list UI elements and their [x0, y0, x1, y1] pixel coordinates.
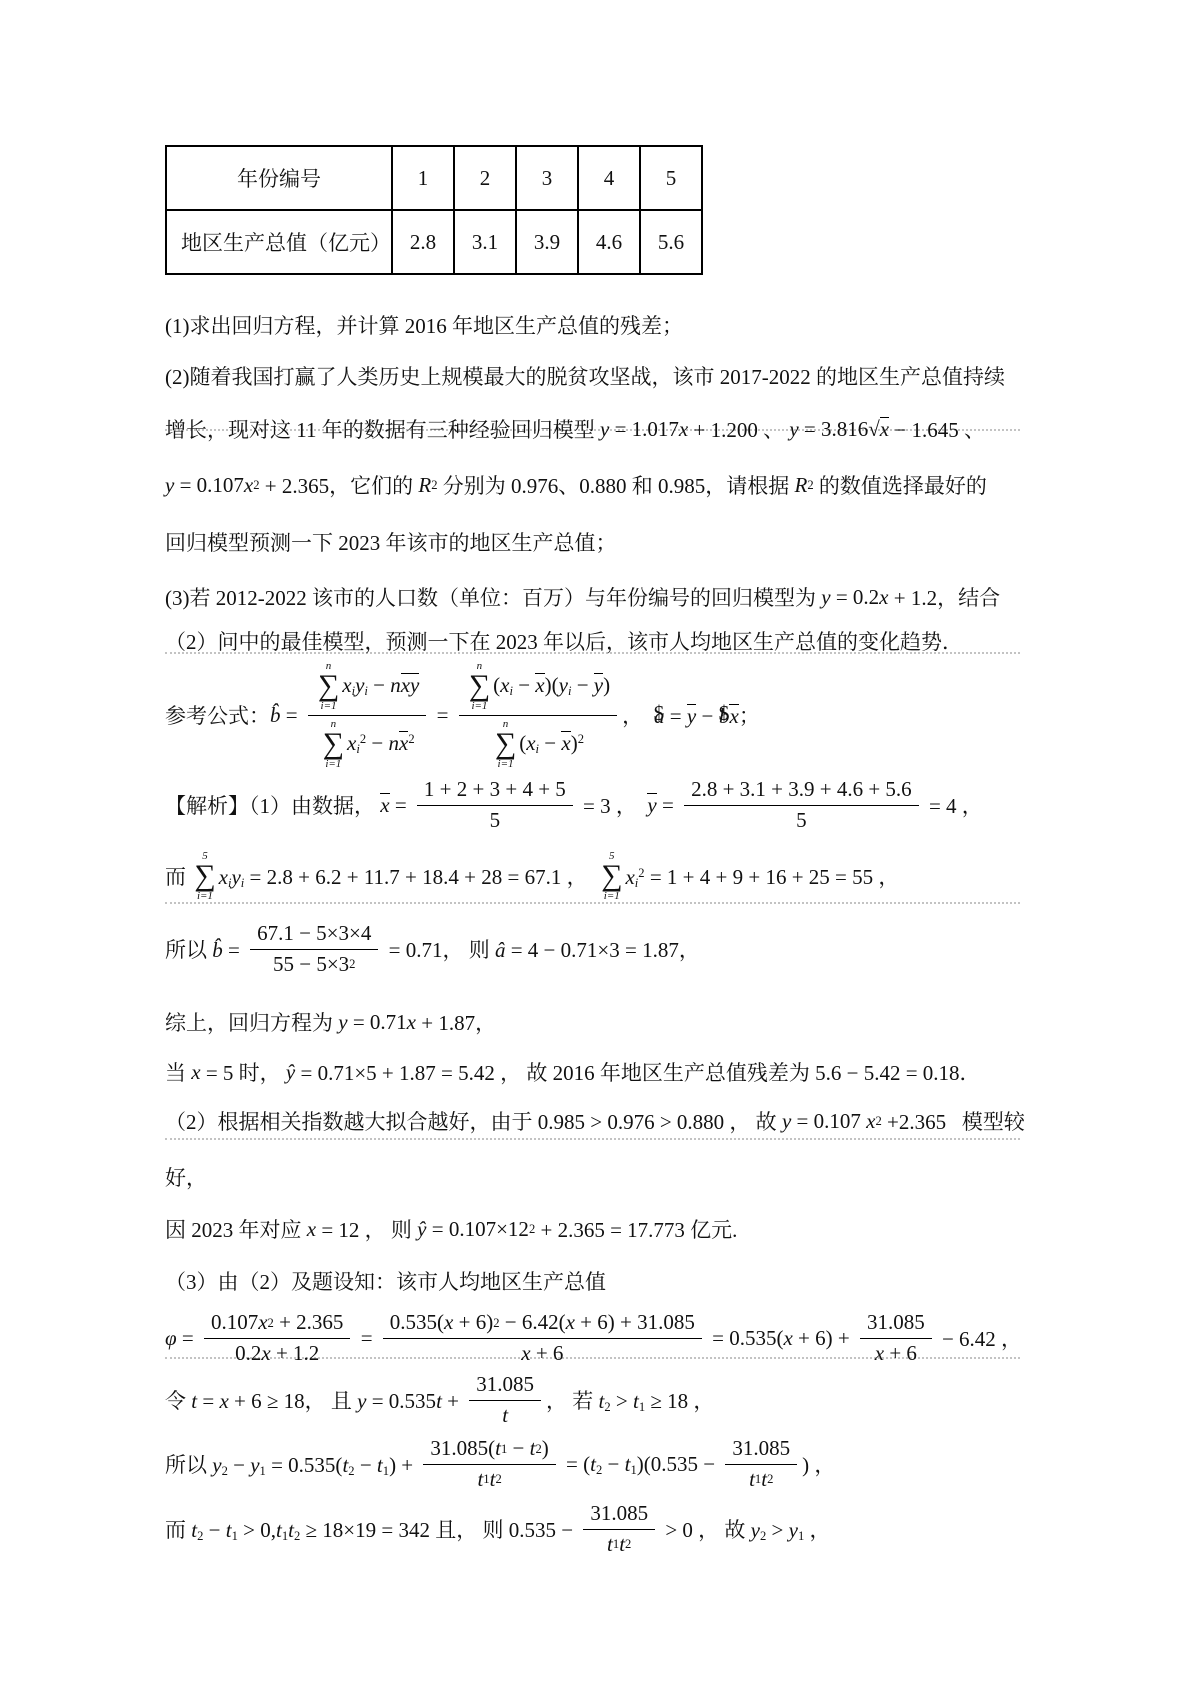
formula-segment: > 0 ， 故 y2 > y1 ，: [660, 1514, 830, 1544]
formula-segment: (xi − x)(yi − y): [493, 673, 610, 698]
sigma-icon: ∑: [469, 672, 490, 700]
cell-gdp-2: 3.1: [454, 210, 516, 274]
ybar-fraction: 2.8 + 3.1 + 3.9 + 4.6 + 5.6 5: [684, 777, 919, 832]
phi-fraction-2: 0.535(x + 6)2 − 6.42(x + 6) + 31.085 x +…: [383, 1310, 702, 1365]
cell-gdp-5: 5.6: [640, 210, 702, 274]
gdp-table: 年份编号 1 2 3 4 5 地区生产总值（亿元） 2.8 3.1 3.9 4.…: [165, 145, 703, 275]
problem-part-2-line-3: y = 0.107x2 + 2.365，它们的 R2 分别为 0.976、0.8…: [165, 456, 1065, 514]
formula-segment: ) ，: [802, 1449, 835, 1479]
fraction-denominator: t1t2: [742, 1465, 780, 1492]
solution-line-3: 所以 b̂ = 67.1 − 5×3×4 55 − 5×32 = 0.71， 则…: [165, 913, 1065, 985]
formula-segment: 所以 y2 − y1 = 0.535(t2 − t1) +: [165, 1449, 418, 1479]
sigma-icon: ∑: [601, 862, 622, 890]
fraction-denominator: t: [495, 1401, 515, 1428]
problem-part-3-line-1: (3)若 2012-2022 该市的人口数（单位：百万）与年份编号的回归模型为 …: [165, 569, 1065, 625]
cell-year-1: 1: [392, 146, 454, 210]
t-fraction: 31.085 t: [469, 1372, 541, 1427]
fraction-denominator: n ∑ i=1 (xi − x)2: [485, 716, 591, 771]
solution-line-12: 所以 y2 − y1 = 0.535(t2 − t1) + 31.085(t1 …: [165, 1431, 1065, 1497]
sum-symbol: 5 ∑ i=1: [194, 850, 215, 903]
reference-formula-label: 参考公式：: [165, 700, 270, 730]
formula-segment: 令 t = x + 6 ≥ 18， 且 y = 0.535t +: [165, 1385, 464, 1415]
conclusion-fraction: 31.085 t1t2: [583, 1501, 655, 1556]
formula-segment: φ =: [165, 1326, 199, 1351]
formula-segment: = (t2 − t1)(0.535 −: [561, 1452, 721, 1477]
fraction-numerator: 0.535(x + 6)2 − 6.42(x + 6) + 31.085: [383, 1310, 702, 1338]
bhat-equals: b̂ =: [270, 703, 303, 728]
cell-gdp-3: 3.9: [516, 210, 578, 274]
sum-symbol: n ∑ i=1: [318, 660, 339, 713]
ybar-symbol: y: [647, 793, 656, 816]
phi-fraction-3: 31.085 x + 6: [860, 1310, 932, 1365]
equals-sign: =: [657, 793, 679, 818]
sigma-icon: ∑: [323, 730, 344, 758]
sigma-icon: ∑: [194, 862, 215, 890]
bhat-fraction-2: n ∑ i=1 (xi − x)(yi − y) n ∑ i=1 (xi − x…: [459, 660, 617, 771]
ahat-formula: ， $a = y − $bx；: [622, 700, 760, 730]
xbar-symbol: x: [380, 793, 389, 816]
formula-segment: xiyi − nxy: [342, 673, 419, 698]
phi-fraction-1: 0.107x2 + 2.365 0.2x + 1.2: [204, 1310, 350, 1365]
solution-line-13: 而 t2 − t1 > 0,t1t2 ≥ 18×19 = 342 且， 则 0.…: [165, 1497, 1065, 1561]
solution-line-11: 令 t = x + 6 ≥ 18， 且 y = 0.535t + 31.085 …: [165, 1369, 1065, 1431]
formula-segment: = 4 ，: [924, 790, 983, 820]
cell-year-index-label: 年份编号: [166, 146, 392, 210]
formula-segment: 而: [165, 861, 191, 891]
cell-gdp-label: 地区生产总值（亿元）: [166, 210, 392, 274]
solution-line-10: φ = 0.107x2 + 2.365 0.2x + 1.2 = 0.535(x…: [165, 1307, 1065, 1369]
formula-segment: xi2 − nx2: [347, 731, 415, 756]
problem-part-2-line-4: 回归模型预测一下 2023 年该市的地区生产总值；: [165, 514, 1065, 569]
fraction-numerator: 31.085: [725, 1436, 797, 1464]
solution-line-1: 【解析】（1）由数据， x = 1 + 2 + 3 + 4 + 5 5 = 3 …: [165, 773, 1065, 837]
equals-sign: =: [431, 703, 453, 728]
solution-line-7: 好，: [165, 1151, 1065, 1203]
problem-part-2-line-2: 增长，现对这 11 年的数据有三种经验回归模型 y = 1.017x + 1.2…: [165, 402, 1065, 456]
fraction-numerator: n ∑ i=1 xiyi − nxy: [308, 660, 427, 716]
document-page: 年份编号 1 2 3 4 5 地区生产总值（亿元） 2.8 3.1 3.9 4.…: [0, 0, 1200, 1698]
formula-segment: xi2 = 1 + 4 + 9 + 16 + 25 = 55 ，: [625, 861, 899, 891]
bhat-fraction-1: n ∑ i=1 xiyi − nxy n ∑ i=1 xi2 − nx2: [308, 660, 427, 771]
fraction-denominator: n ∑ i=1 xi2 − nx2: [313, 716, 422, 771]
problem-part-3-line-2: （2）问中的最佳模型，预测一下在 2023 年以后，该市人均地区生产总值的变化趋…: [165, 625, 1065, 657]
formula-segment: = 3 ，: [578, 790, 648, 820]
solution-line-8: 因 2023 年对应 x = 12 ， 则 ŷ = 0.107×122 + 2.…: [165, 1203, 1065, 1255]
solution-line-9: （3）由（2）及题设知：该市人均地区生产总值: [165, 1255, 1065, 1307]
solution-line-2: 而 5 ∑ i=1 xiyi = 2.8 + 6.2 + 11.7 + 18.4…: [165, 843, 1065, 909]
fraction-numerator: 0.107x2 + 2.365: [204, 1310, 350, 1338]
fraction-denominator: t1t2: [470, 1465, 508, 1492]
sum-symbol: n ∑ i=1: [469, 660, 490, 713]
formula-segment: − 6.42 ，: [937, 1323, 1022, 1353]
sum-lower-limit: i=1: [604, 890, 620, 903]
fraction-denominator: 0.2x + 1.2: [228, 1339, 326, 1366]
sum-symbol: 5 ∑ i=1: [601, 850, 622, 903]
fraction-numerator: 31.085: [860, 1310, 932, 1338]
reference-formula-line: 参考公式： b̂ = n ∑ i=1 xiyi − nxy n ∑ i=1: [165, 657, 1065, 773]
sigma-icon: ∑: [495, 730, 516, 758]
document-body: 年份编号 1 2 3 4 5 地区生产总值（亿元） 2.8 3.1 3.9 4.…: [165, 145, 1065, 1561]
cell-year-2: 2: [454, 146, 516, 210]
formula-segment: (xi − x)2: [519, 731, 584, 756]
table-row-gdp: 地区生产总值（亿元） 2.8 3.1 3.9 4.6 5.6: [166, 210, 702, 274]
formula-segment: 而 t2 − t1 > 0,t1t2 ≥ 18×19 = 342 且， 则 0.…: [165, 1514, 578, 1544]
fraction-denominator: 5: [483, 806, 508, 833]
equals-sign: =: [390, 793, 412, 818]
fraction-numerator: n ∑ i=1 (xi − x)(yi − y): [459, 660, 617, 716]
cell-year-3: 3: [516, 146, 578, 210]
cell-gdp-4: 4.6: [578, 210, 640, 274]
table-row-years: 年份编号 1 2 3 4 5: [166, 146, 702, 210]
fraction-numerator: 2.8 + 3.1 + 3.9 + 4.6 + 5.6: [684, 777, 919, 805]
fraction-numerator: 31.085: [583, 1501, 655, 1529]
cell-year-5: 5: [640, 146, 702, 210]
solution-line-5: 当 x = 5 时， ŷ = 0.71×5 + 1.87 = 5.42 ， 故 …: [165, 1047, 1065, 1097]
solution-line-4: 综上，回归方程为 y = 0.71x + 1.87，: [165, 997, 1065, 1047]
sigma-icon: ∑: [318, 672, 339, 700]
problem-part-1: (1)求出回归方程，并计算 2016 年地区生产总值的残差；: [165, 301, 1065, 349]
solution-label: 【解析】（1）由数据，: [165, 790, 380, 820]
fraction-numerator: 67.1 − 5×3×4: [250, 921, 378, 949]
cell-year-4: 4: [578, 146, 640, 210]
formula-segment: = 0.71， 则 â = 4 − 0.71×3 = 1.87，: [383, 934, 699, 964]
solution-line-6: （2）根据相关指数越大拟合越好，由于 0.985 > 0.976 > 0.880…: [165, 1097, 1065, 1145]
sum-lower-limit: i=1: [498, 758, 514, 771]
fraction-denominator: 55 − 5×32: [266, 950, 362, 977]
fraction-denominator: x + 6: [514, 1339, 570, 1366]
sum-lower-limit: i=1: [325, 758, 341, 771]
formula-segment: xiyi = 2.8 + 6.2 + 11.7 + 18.4 + 28 = 67…: [219, 861, 598, 891]
difference-fraction-2: 31.085 t1t2: [725, 1436, 797, 1491]
fraction-numerator: 31.085(t1 − t2): [423, 1436, 555, 1464]
cell-gdp-1: 2.8: [392, 210, 454, 274]
sum-symbol: n ∑ i=1: [495, 718, 516, 771]
sum-symbol: n ∑ i=1: [323, 718, 344, 771]
problem-part-2-line-1: (2)随着我国打赢了人类历史上规模最大的脱贫攻坚战，该市 2017-2022 的…: [165, 349, 1065, 402]
fraction-numerator: 1 + 2 + 3 + 4 + 5: [417, 777, 573, 805]
sum-lower-limit: i=1: [197, 890, 213, 903]
sum-lower-limit: i=1: [471, 700, 487, 713]
xbar-fraction: 1 + 2 + 3 + 4 + 5 5: [417, 777, 573, 832]
formula-segment: ， 若 t2 > t1 ≥ 18 ，: [546, 1385, 714, 1415]
sum-lower-limit: i=1: [321, 700, 337, 713]
equals-sign: =: [355, 1326, 377, 1351]
bhat-value-fraction: 67.1 − 5×3×4 55 − 5×32: [250, 921, 378, 976]
fraction-denominator: t1t2: [600, 1530, 638, 1557]
formula-segment: = 0.535(x + 6) +: [707, 1326, 855, 1351]
fraction-numerator: 31.085: [469, 1372, 541, 1400]
difference-fraction-1: 31.085(t1 − t2) t1t2: [423, 1436, 555, 1491]
formula-segment: 所以 b̂ =: [165, 934, 245, 964]
fraction-denominator: 5: [789, 806, 814, 833]
fraction-denominator: x + 6: [868, 1339, 924, 1366]
